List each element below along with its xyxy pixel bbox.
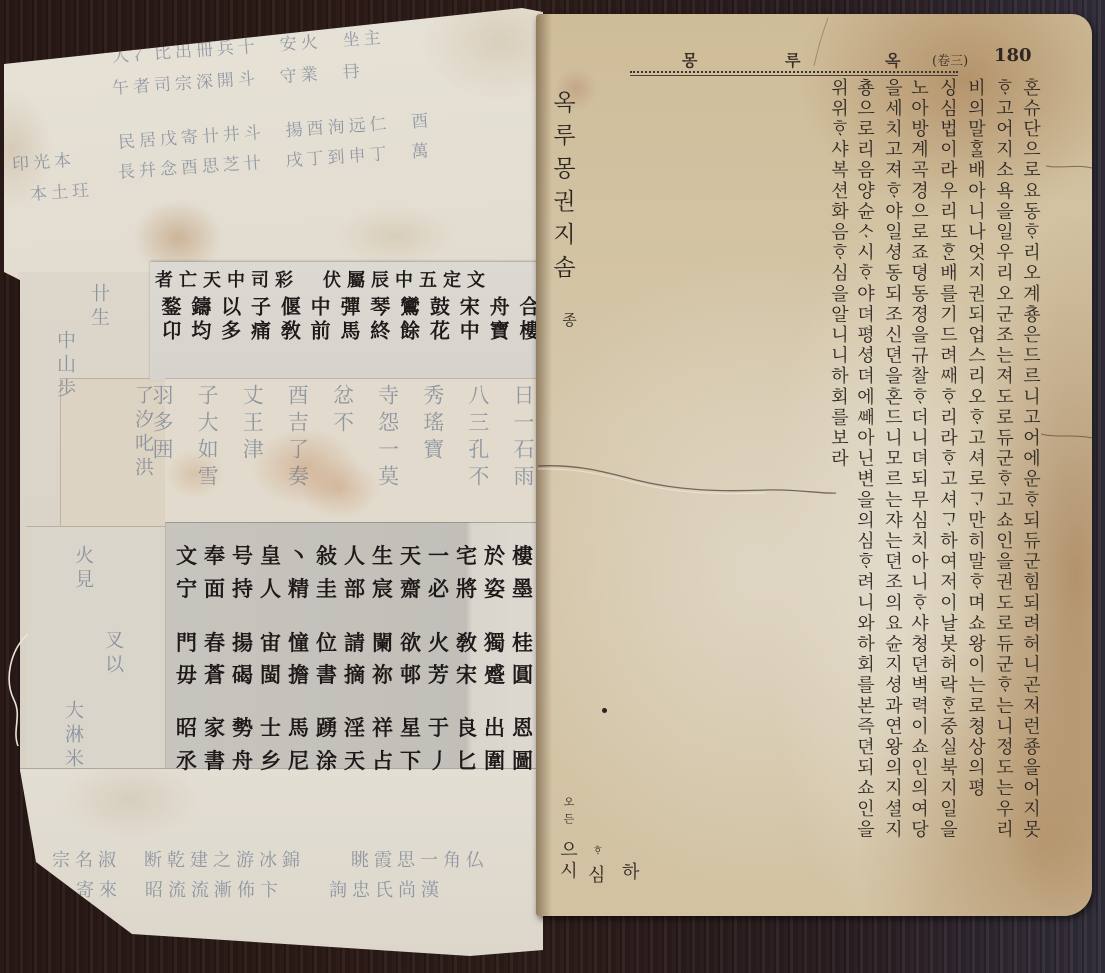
hanja-column: 彈馬 bbox=[337, 296, 361, 344]
gray-block-row: 門春揚宙憧位請闌欲火敎獨桂 bbox=[176, 627, 542, 657]
hanja-column: 宋中 bbox=[456, 296, 480, 344]
gray-block-row: 毋蒼碣閩擔書摘祢邨芳宋蹙圓 bbox=[176, 659, 542, 689]
hanja-column: 子痛 bbox=[247, 296, 271, 344]
left-edge-faint-column: 了汐叱洪 bbox=[130, 385, 157, 481]
faint-hanja-column: 日一石雨 bbox=[511, 384, 535, 492]
left-edge-faint-column: 火見 bbox=[70, 545, 97, 593]
faint-hanja-column: 丈王津 bbox=[240, 384, 264, 492]
right-printed-page: 몽 루 옥 (卷三) 180 옥루몽권지솜 종 혼슈단으로요동ᄒᆞ리오계춍은드르… bbox=[536, 14, 1092, 916]
hanja-column: 以多 bbox=[218, 296, 242, 344]
bottom-sheet-line: 宗名淑 断乾建之游冰錦 眺霞思一角仏 bbox=[52, 846, 489, 872]
faint-hanja-column: 忿不 bbox=[331, 384, 355, 492]
faint-hanja-column: 子大如雪 bbox=[195, 384, 219, 492]
gray-block-row: 文奉号皇丶敍人生天一宅於樓 bbox=[176, 540, 542, 570]
top-sheet-side-text: 本土玨 bbox=[29, 176, 94, 205]
hanja-column: 鑄均 bbox=[188, 296, 212, 344]
printed-strip-top-row: 者亡天中司彩 伏屬辰中五定文 bbox=[155, 266, 491, 292]
left-edge-faint-column: 叉以 bbox=[100, 630, 127, 678]
faint-scrap-columns: 羽多囲 子大如雪 丈王津 酉吉了奏 忿不 寺怨一莫 秀瑤寶 八三孔不 日一石雨 bbox=[150, 384, 535, 492]
hanja-column: 鍪卬 bbox=[158, 296, 182, 344]
paper-crack-icon bbox=[536, 14, 1092, 916]
top-sheet-side-text: 印光本 bbox=[11, 146, 76, 175]
hanja-column: 鼓花 bbox=[426, 296, 450, 344]
gray-block-row: 氶書舟乡尼涂天占下丿匕圍圖 bbox=[176, 745, 542, 775]
left-edge-lower-scrap bbox=[26, 526, 168, 772]
hanja-column: 偃敎 bbox=[277, 296, 301, 344]
gray-block-row: 宁面持人精圭部宸齋必將姿墨 bbox=[176, 573, 542, 603]
left-edge-faint-column: 大淋米 bbox=[60, 700, 87, 772]
faint-hanja-column: 酉吉了奏 bbox=[285, 384, 309, 492]
gray-block-row: 昭家勢士馬踴淫祥星于良出恩 bbox=[176, 712, 542, 742]
loose-thread-icon bbox=[0, 630, 40, 750]
bottom-sheet-line: 寄來 昭流流漸佈卞 詢忠氏尚漢 bbox=[76, 876, 444, 902]
printed-strip-columns: 鍪卬 鑄均 以多 子痛 偃敎 中前 彈馬 琴終 鸞餘 鼓花 宋中 舟寶 合樓 bbox=[158, 296, 540, 344]
hanja-column: 鸞餘 bbox=[397, 296, 421, 344]
faint-hanja-column: 寺怨一莫 bbox=[376, 384, 400, 492]
open-book-photo: 人冫比出冊兵十 安火 坐主 午者司宗深開斗 守業 冄 民居戊寄卄井斗 揚酉洵远仁… bbox=[0, 0, 1105, 973]
faint-hanja-column: 八三孔不 bbox=[466, 384, 490, 492]
left-edge-faint-column: 中山歩 bbox=[52, 330, 79, 402]
hanja-column: 舟寶 bbox=[486, 296, 510, 344]
left-page-pasted-scraps: 人冫比出冊兵十 安火 坐主 午者司宗深開斗 守業 冄 民居戊寄卄井斗 揚酉洵远仁… bbox=[0, 0, 560, 973]
hanja-column: 琴終 bbox=[367, 296, 391, 344]
left-edge-faint-column: 卄生 bbox=[86, 283, 113, 331]
faint-hanja-column: 秀瑤寶 bbox=[421, 384, 445, 492]
hanja-column: 中前 bbox=[307, 296, 331, 344]
